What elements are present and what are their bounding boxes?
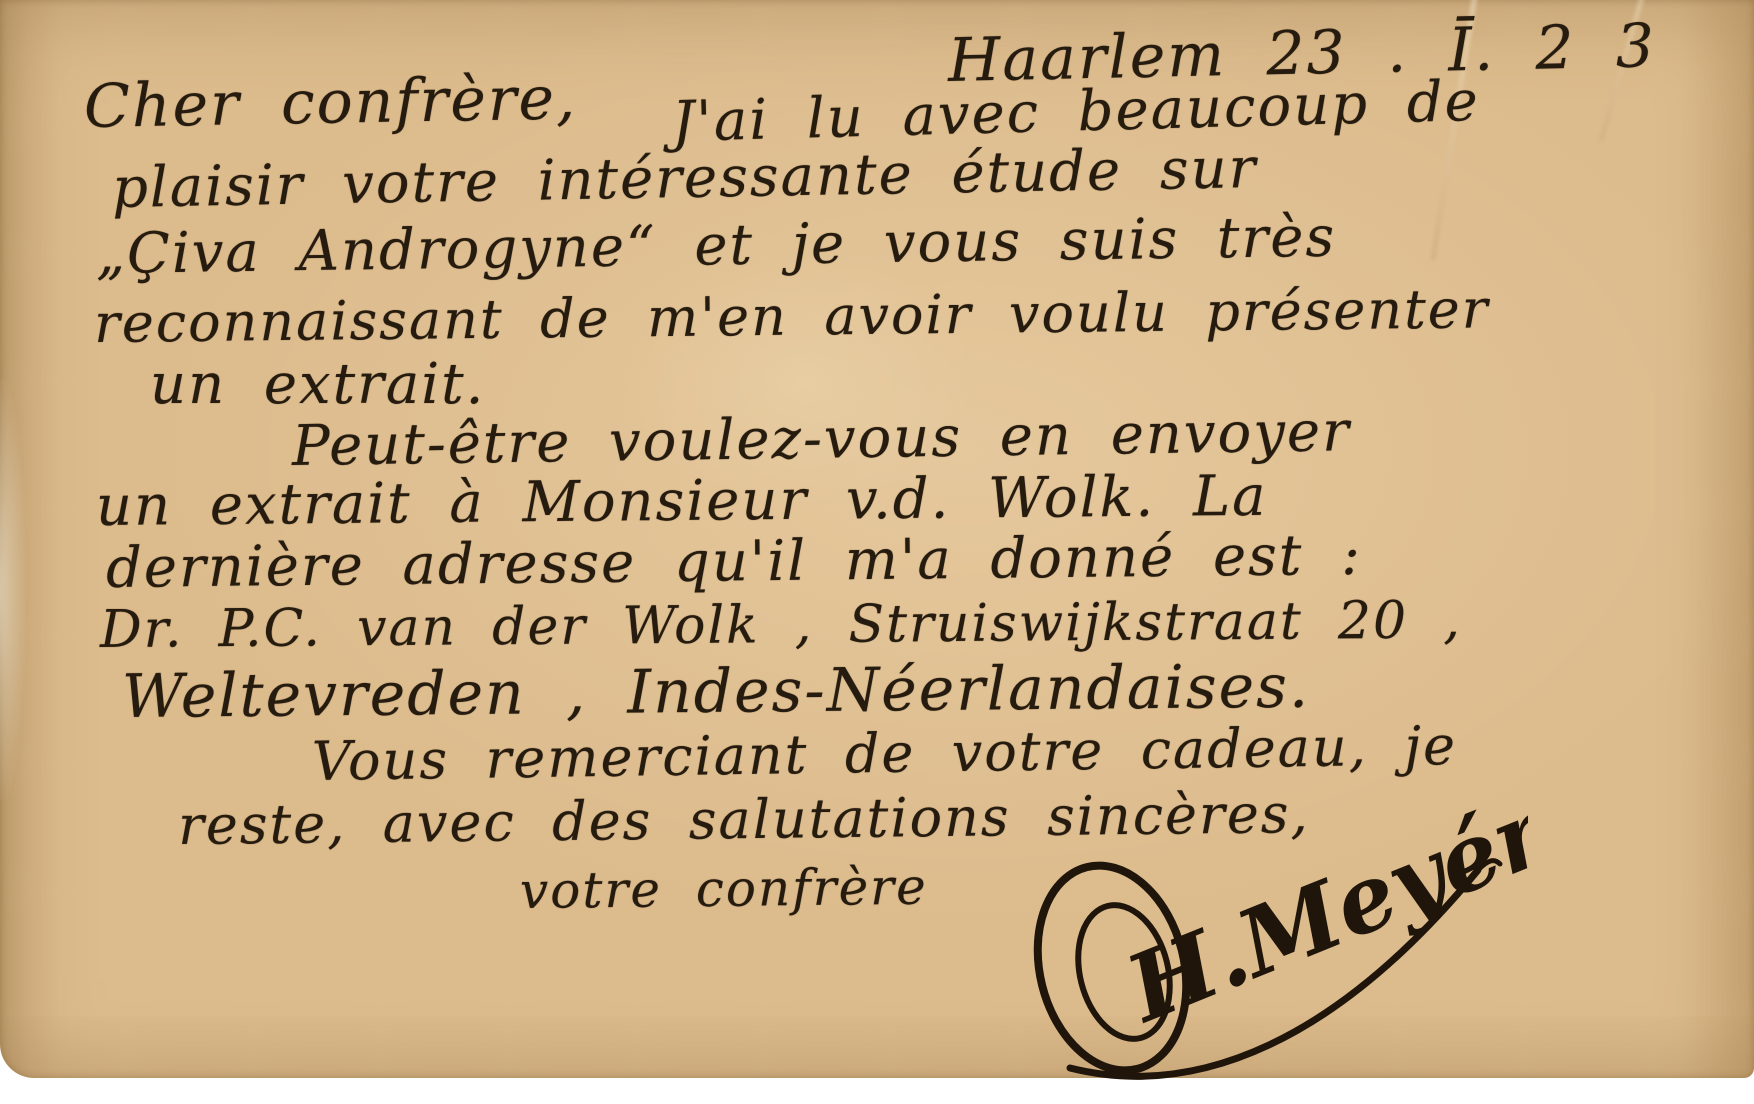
signature: H.Meyér: [1008, 800, 1528, 1100]
scanned-postcard: Haarlem 23 . Ī. 2 3 Cher confrère, J'ai …: [0, 0, 1754, 1104]
letter-line: un extrait.: [150, 352, 485, 417]
salutation: Cher confrère,: [83, 63, 577, 142]
letter-line: votre confrère: [520, 858, 928, 920]
letter-line: dernière adresse qu'il m'a donné est :: [106, 523, 1363, 601]
signature-flourish: H.Meyér: [1008, 800, 1528, 1100]
letter-line: Dr. P.C. van der Wolk , Struiswijkstraat…: [100, 590, 1462, 660]
signature-text: H.Meyér: [1110, 800, 1528, 1044]
